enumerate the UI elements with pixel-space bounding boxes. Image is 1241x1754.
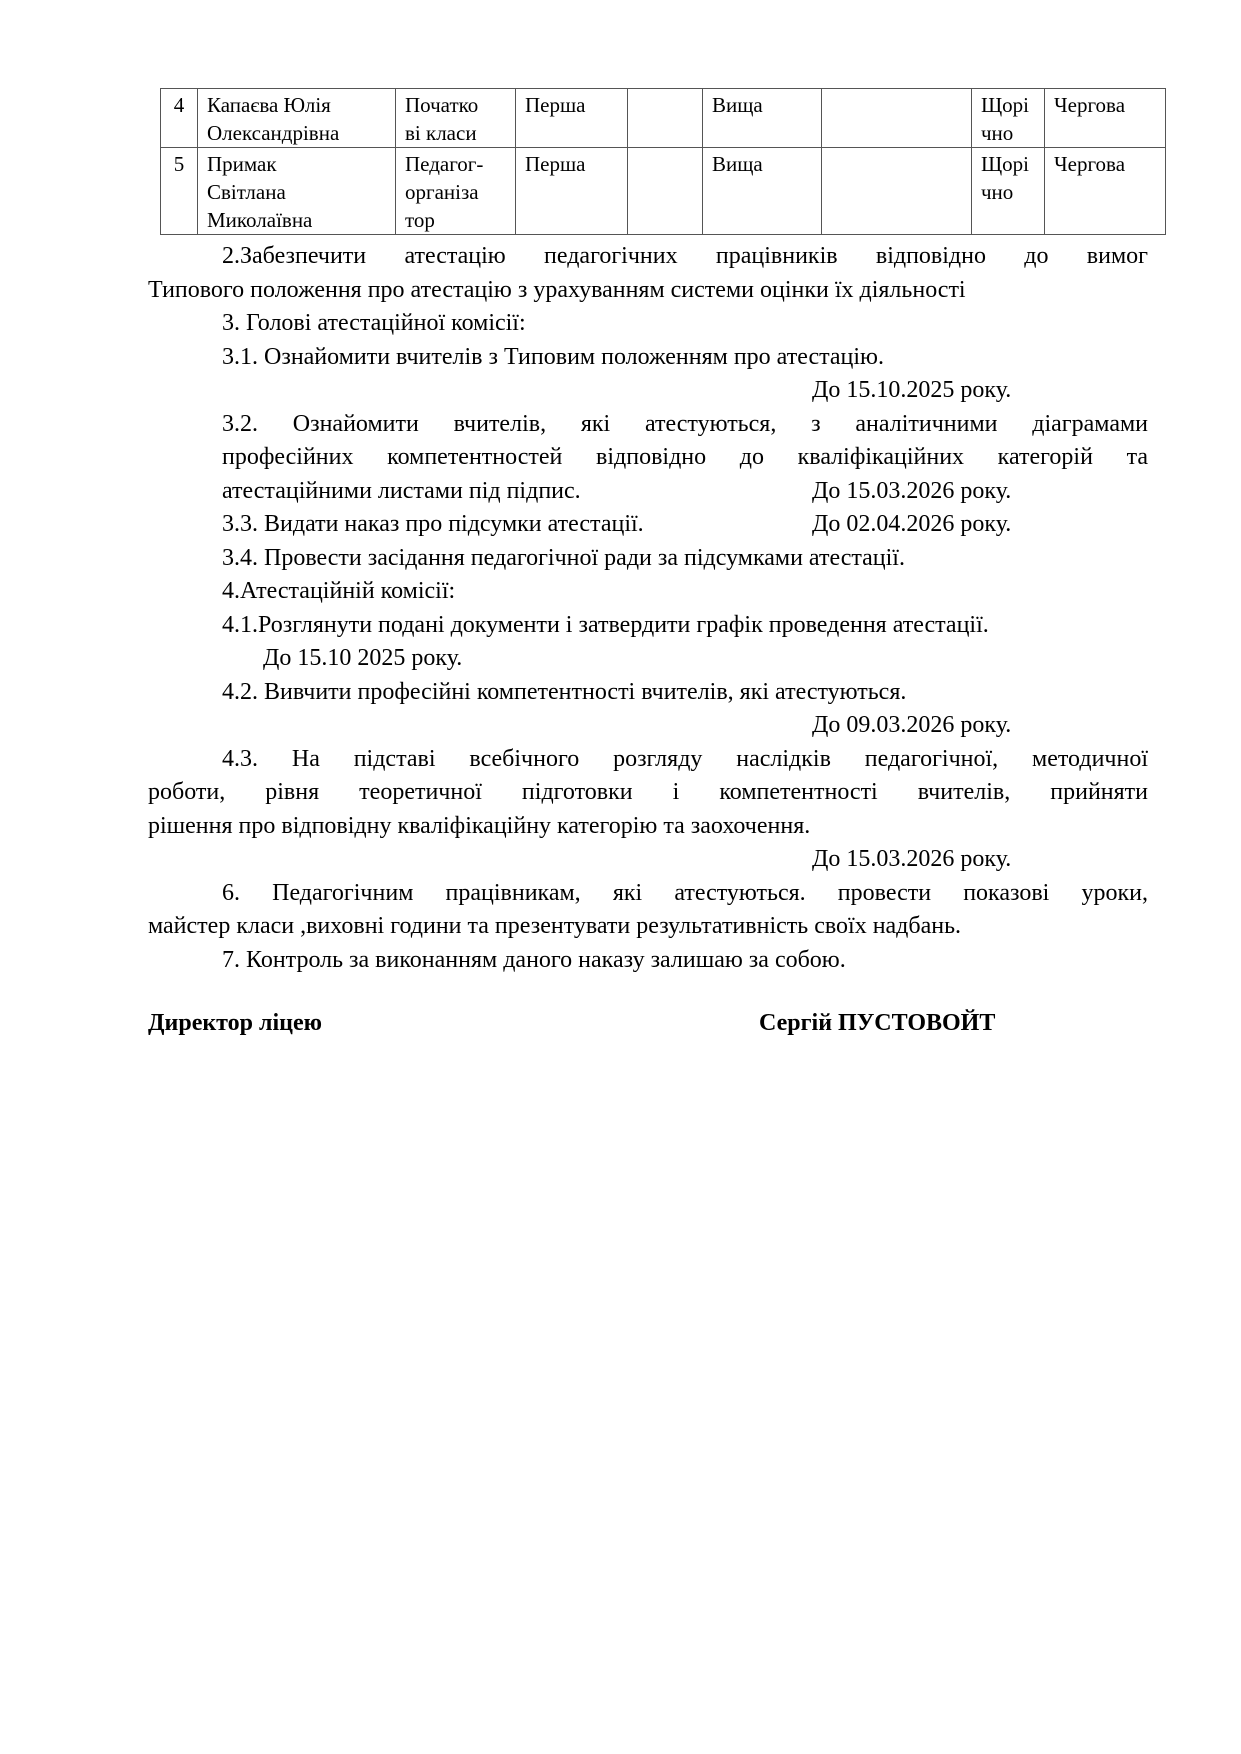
paragraph-4-3-line: роботи, рівня теоретичної підготовки і к… — [148, 776, 1148, 810]
paragraph-3-3: 3.3. Видати наказ про підсумки атестації… — [148, 508, 1148, 542]
paragraph-3-1: 3.1. Ознайомити вчителів з Типовим полож… — [148, 341, 1148, 375]
paragraph-4: 4.Атестаційній комісії: — [148, 575, 1148, 609]
paragraph-4-3-line: 4.3. На підставі всебічного розгляду нас… — [148, 743, 1148, 777]
attestation-type: Чергова — [1045, 89, 1166, 148]
row-number: 4 — [161, 89, 198, 148]
deadline: До 02.04.2026 року. — [812, 508, 1011, 542]
frequency: Щорі чно — [972, 148, 1045, 235]
paragraph-2-line: Типового положення про атестацію з ураху… — [148, 274, 1148, 308]
deadline: До 15.10 2025 року. — [148, 642, 1148, 676]
paragraph-4-1: 4.1.Розглянути подані документи і затвер… — [148, 609, 1148, 643]
requested-category: Вища — [703, 148, 822, 235]
order-body: 2.Забезпечити атестацію педагогічних пра… — [148, 240, 1148, 977]
paragraph-6-line: 6. Педагогічним працівникам, які атестую… — [148, 877, 1148, 911]
row-number: 5 — [161, 148, 198, 235]
empty-cell — [628, 148, 703, 235]
attestation-table: 4 Капаєва Юлія Олександрівна Початко ві … — [160, 88, 1166, 235]
deadline: До 15.03.2026 року. — [148, 843, 1148, 877]
current-category: Перша — [516, 89, 628, 148]
table-row: 5 Примак Світлана Миколаївна Педагог- ор… — [161, 148, 1166, 235]
frequency: Щорі чно — [972, 89, 1045, 148]
signature-position: Директор ліцею — [148, 1010, 322, 1037]
paragraph-3: 3. Голові атестаційної комісії: — [148, 307, 1148, 341]
teacher-name: Капаєва Юлія Олександрівна — [198, 89, 396, 148]
requested-category: Вища — [703, 89, 822, 148]
paragraph-4-2: 4.2. Вивчити професійні компетентності в… — [148, 676, 1148, 710]
paragraph-7: 7. Контроль за виконанням даного наказу … — [148, 944, 1148, 978]
paragraph-4-3-line: рішення про відповідну кваліфікаційну ка… — [148, 810, 1148, 844]
table-row: 4 Капаєва Юлія Олександрівна Початко ві … — [161, 89, 1166, 148]
teacher-subject: Початко ві класи — [396, 89, 516, 148]
deadline: До 15.03.2026 року. — [812, 475, 1011, 509]
teacher-subject: Педагог- організа тор — [396, 148, 516, 235]
empty-cell — [822, 148, 972, 235]
empty-cell — [822, 89, 972, 148]
deadline: До 15.10.2025 року. — [148, 374, 1148, 408]
paragraph-3-4: 3.4. Провести засідання педагогічної рад… — [148, 542, 1148, 576]
paragraph-2-line: 2.Забезпечити атестацію педагогічних пра… — [148, 240, 1148, 274]
paragraph-3-2-line: професійних компетентностей відповідно д… — [148, 441, 1148, 475]
attestation-type: Чергова — [1045, 148, 1166, 235]
paragraph-3-2-line: атестаційними листами під підпис. До 15.… — [148, 475, 1148, 509]
current-category: Перша — [516, 148, 628, 235]
paragraph-6-line: майстер класи ,виховні години та презент… — [148, 910, 1148, 944]
deadline: До 09.03.2026 року. — [148, 709, 1148, 743]
paragraph-3-2-line: 3.2. Ознайомити вчителів, які атестуютьс… — [148, 408, 1148, 442]
signature-name: Сергій ПУСТОВОЙТ — [759, 1010, 995, 1037]
teacher-name: Примак Світлана Миколаївна — [198, 148, 396, 235]
document-page: 4 Капаєва Юлія Олександрівна Початко ві … — [0, 0, 1241, 1754]
empty-cell — [628, 89, 703, 148]
